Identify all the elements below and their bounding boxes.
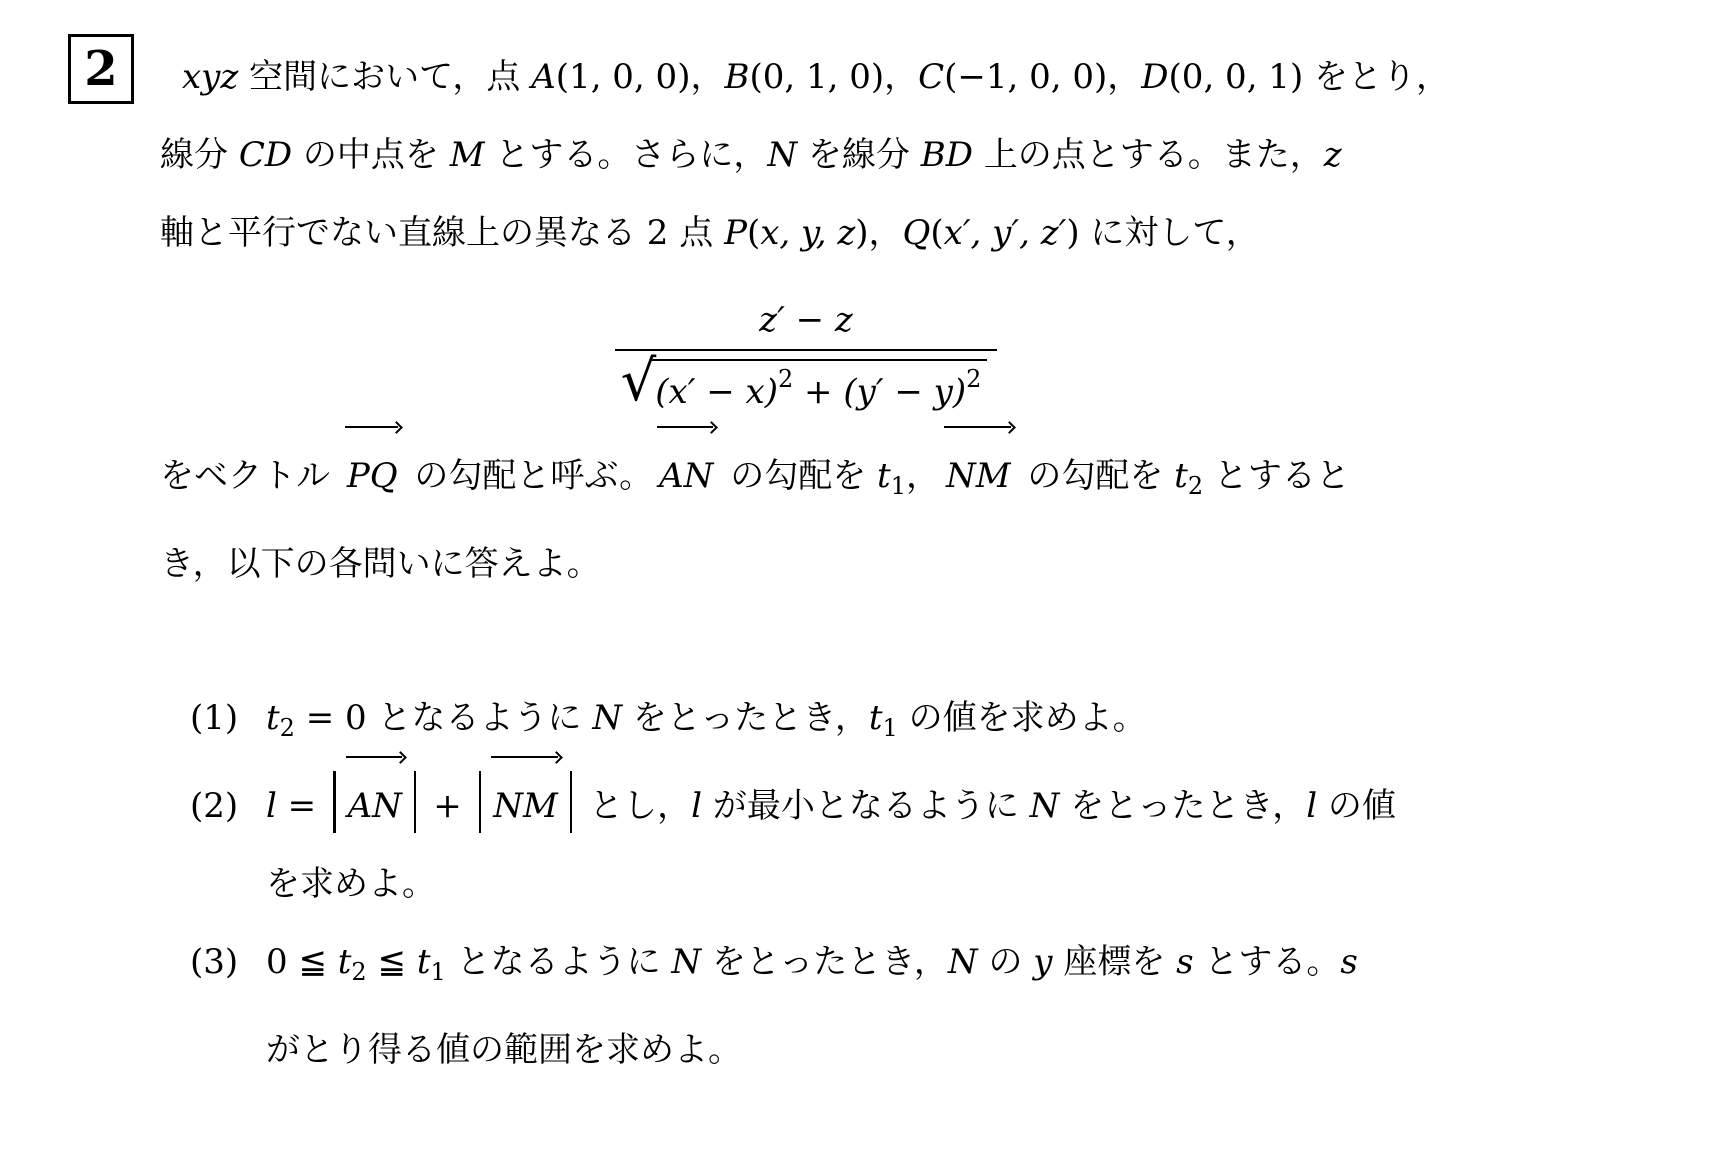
text-run: をとり， <box>1303 57 1450 97</box>
vector-arrow-icon <box>491 750 561 762</box>
math-roman-run: ≦ <box>367 942 417 982</box>
text-run: 上の点とする。また， <box>973 135 1324 175</box>
math-italic-run: N <box>592 698 622 738</box>
text-run: をとったとき， <box>622 698 869 738</box>
math-roman-run: 0 ≦ <box>266 942 338 982</box>
math-italic-run: Q <box>903 213 931 253</box>
subscript: 1 <box>430 958 445 986</box>
text-run: を線分 <box>797 135 921 175</box>
vector-letters: NM <box>493 786 558 826</box>
vector-arrow-icon <box>657 420 716 432</box>
text-run: の中点を <box>292 135 450 175</box>
after-formula-paragraph: をベクトル PQ の勾配と呼ぶ。AN の勾配を t1，NM の勾配を t2 とす… <box>160 437 1560 603</box>
math-italic-run: z′ − z <box>759 300 853 340</box>
math-roman-run: (−1, 0, 0) <box>944 57 1107 97</box>
text-run: ， <box>690 57 724 97</box>
text-run: をとったとき， <box>1059 786 1306 826</box>
math-italic-run: l <box>691 786 702 826</box>
text-run: がとり得る値の範囲を求めよ。 <box>266 1030 742 1070</box>
math-italic-run: C <box>918 57 944 97</box>
intro-line: 軸と平行でない直線上の異なる 2 点 P(x, y, z)，Q(x′, y′, … <box>160 194 1560 272</box>
sqrt-radicand: (x′ − x)2 + (y′ − y)2 <box>652 359 987 413</box>
math-italic-run: t <box>338 942 352 982</box>
text-run: とすると <box>1203 456 1350 496</box>
superscript: 2 <box>966 365 981 393</box>
fraction: z′ − z √ (x′ − x)2 + (y′ − y)2 <box>615 300 998 417</box>
text-run: き，以下の各問いに答えよ。 <box>160 544 601 584</box>
text-run: とする。さらに， <box>485 135 768 175</box>
text-run: ， <box>869 213 903 253</box>
vector-arrow-icon <box>346 750 405 762</box>
superscript: 2 <box>778 365 793 393</box>
sqrt-symbol: √ <box>621 359 657 405</box>
math-italic-run: BD <box>921 135 973 175</box>
vector-arrow-icon <box>345 420 401 432</box>
math-italic-run: B <box>724 57 749 97</box>
text-run: の勾配を <box>719 456 877 496</box>
text-run: ， <box>1107 57 1141 97</box>
math-italic-run: D <box>1141 57 1168 97</box>
item-body: 0 ≦ t2 ≦ t1 となるように N をとったとき，N の y 座標を s … <box>266 923 1560 1089</box>
fraction-denominator: √ (x′ − x)2 + (y′ − y)2 <box>615 349 998 417</box>
intro-line: xyz 空間において，点 A(1, 0, 0)，B(0, 1, 0)，C(−1,… <box>160 38 1560 116</box>
math-italic-run: N <box>767 135 797 175</box>
math-italic-run: y <box>1033 942 1052 982</box>
math-italic-run: CD <box>239 135 292 175</box>
text-run: の勾配を <box>1017 456 1175 496</box>
subscript: 1 <box>891 472 906 500</box>
vector-notation: NM <box>942 437 1015 515</box>
vector-letters: AN <box>659 456 713 496</box>
math-italic-run: N <box>1030 786 1060 826</box>
item-label: (1) <box>190 679 266 767</box>
math-roman-run: (1, 0, 0) <box>556 57 691 97</box>
vector-notation: AN <box>344 767 406 845</box>
subscript: 2 <box>351 958 366 986</box>
problem-number: 2 <box>84 41 117 97</box>
math-italic-run: t <box>877 456 891 496</box>
text-run: ， <box>884 57 918 97</box>
text-run: とする。 <box>1194 942 1341 982</box>
math-italic-run: l <box>1306 786 1317 826</box>
vector-notation: NM <box>489 767 562 845</box>
item-line: を求めよ。 <box>266 845 1560 923</box>
exam-page: 2 xyz 空間において，点 A(1, 0, 0)，B(0, 1, 0)，C(−… <box>0 0 1709 1167</box>
body-line: き，以下の各問いに答えよ。 <box>160 525 1560 603</box>
fraction-numerator: z′ − z <box>747 302 865 349</box>
vector-letters: AN <box>348 786 402 826</box>
math-roman-run: ) <box>1066 213 1079 253</box>
text-run: とし， <box>578 786 691 826</box>
item-label: (2) <box>190 767 266 923</box>
text-run: に対して， <box>1080 213 1260 253</box>
problem-content: xyz 空間において，点 A(1, 0, 0)，B(0, 1, 0)，C(−1,… <box>160 38 1560 1089</box>
math-roman-run: = <box>277 786 327 826</box>
intro-paragraph: xyz 空間において，点 A(1, 0, 0)，B(0, 1, 0)，C(−1,… <box>160 38 1560 272</box>
subscript: 2 <box>280 714 295 742</box>
body-line: をベクトル PQ の勾配と呼ぶ。AN の勾配を t1，NM の勾配を t2 とす… <box>160 437 1560 525</box>
item-line: l = AN + NM とし，l が最小となるように N をとったとき，l の値 <box>266 767 1560 845</box>
vector-arrow-icon <box>944 420 1014 432</box>
question-item-2: (2) l = AN + NM とし，l が最小となるように N をとったとき，… <box>190 767 1560 923</box>
math-roman-run: = 0 <box>295 698 367 738</box>
text-run: の値 <box>1317 786 1396 826</box>
text-run: の <box>978 942 1034 982</box>
text-run: をベクトル <box>160 456 341 496</box>
math-roman-run: ( <box>747 213 760 253</box>
math-italic-run: N <box>948 942 978 982</box>
item-line: がとり得る値の範囲を求めよ。 <box>266 1011 1560 1089</box>
item-line: 0 ≦ t2 ≦ t1 となるように N をとったとき，N の y 座標を s … <box>266 923 1560 1011</box>
subscript: 1 <box>883 714 898 742</box>
text-run: を求めよ。 <box>266 864 436 904</box>
math-italic-run: t <box>417 942 431 982</box>
text-run: 座標を <box>1053 942 1177 982</box>
text-run: をとったとき， <box>701 942 948 982</box>
math-italic-run: s <box>1176 942 1193 982</box>
item-line: t2 = 0 となるように N をとったとき，t1 の値を求めよ。 <box>266 679 1560 767</box>
math-italic-run: N <box>671 942 701 982</box>
math-italic-run: x, y, z <box>760 213 855 253</box>
item-body: t2 = 0 となるように N をとったとき，t1 の値を求めよ。 <box>266 679 1560 767</box>
math-italic-run: t <box>266 698 280 738</box>
intro-line: 線分 CD の中点を M とする。さらに，N を線分 BD 上の点とする。また，… <box>160 116 1560 194</box>
text-run: の勾配と呼ぶ。 <box>404 456 654 496</box>
vertical-bar <box>570 771 573 833</box>
math-italic-run: (x′ − x) <box>655 372 778 412</box>
math-roman-run: ) <box>855 213 868 253</box>
text-run: 線分 <box>160 135 239 175</box>
problem-number-box: 2 <box>68 34 134 104</box>
math-italic-run: A <box>531 57 556 97</box>
vector-notation: PQ <box>343 437 402 515</box>
math-italic-run: s <box>1340 942 1357 982</box>
text-run: が最小となるように <box>702 786 1030 826</box>
math-italic-run: M <box>450 135 485 175</box>
question-list: (1) t2 = 0 となるように N をとったとき，t1 の値を求めよ。 (2… <box>160 679 1560 1089</box>
question-item-3: (3) 0 ≦ t2 ≦ t1 となるように N をとったとき，N の y 座標… <box>190 923 1560 1089</box>
text-run: 軸と平行でない直線上の異なる 2 点 <box>160 213 724 253</box>
item-label: (3) <box>190 923 266 1089</box>
text-run: となるように <box>446 942 672 982</box>
vertical-bar <box>479 771 482 833</box>
math-roman-run: + <box>422 786 472 826</box>
math-italic-run: x′, y′, z′ <box>944 213 1067 253</box>
item-body: l = AN + NM とし，l が最小となるように N をとったとき，l の値… <box>266 767 1560 923</box>
math-italic-run: P <box>724 213 747 253</box>
math-italic-run: + (y′ − y) <box>793 372 966 412</box>
vector-notation: AN <box>655 437 717 515</box>
math-italic-run: t <box>869 698 883 738</box>
math-italic-run: t <box>1174 456 1188 496</box>
math-italic-run: z <box>1324 135 1342 175</box>
subscript: 2 <box>1188 472 1203 500</box>
math-italic-run: l <box>266 786 277 826</box>
text-run: の値を求めよ。 <box>898 698 1147 738</box>
math-roman-run: (0, 1, 0) <box>749 57 884 97</box>
math-roman-run: ( <box>930 213 943 253</box>
vector-letters: PQ <box>347 456 398 496</box>
text-run: となるように <box>367 698 593 738</box>
text-run: ， <box>906 456 940 496</box>
vertical-bar <box>414 771 417 833</box>
display-formula: z′ − z √ (x′ − x)2 + (y′ − y)2 <box>106 300 1506 417</box>
vector-letters: NM <box>946 456 1011 496</box>
vertical-bar <box>333 771 336 833</box>
math-roman-run: (0, 0, 1) <box>1169 57 1304 97</box>
math-italic-run: xyz <box>182 57 238 97</box>
text-run: 空間において，点 <box>238 57 531 97</box>
